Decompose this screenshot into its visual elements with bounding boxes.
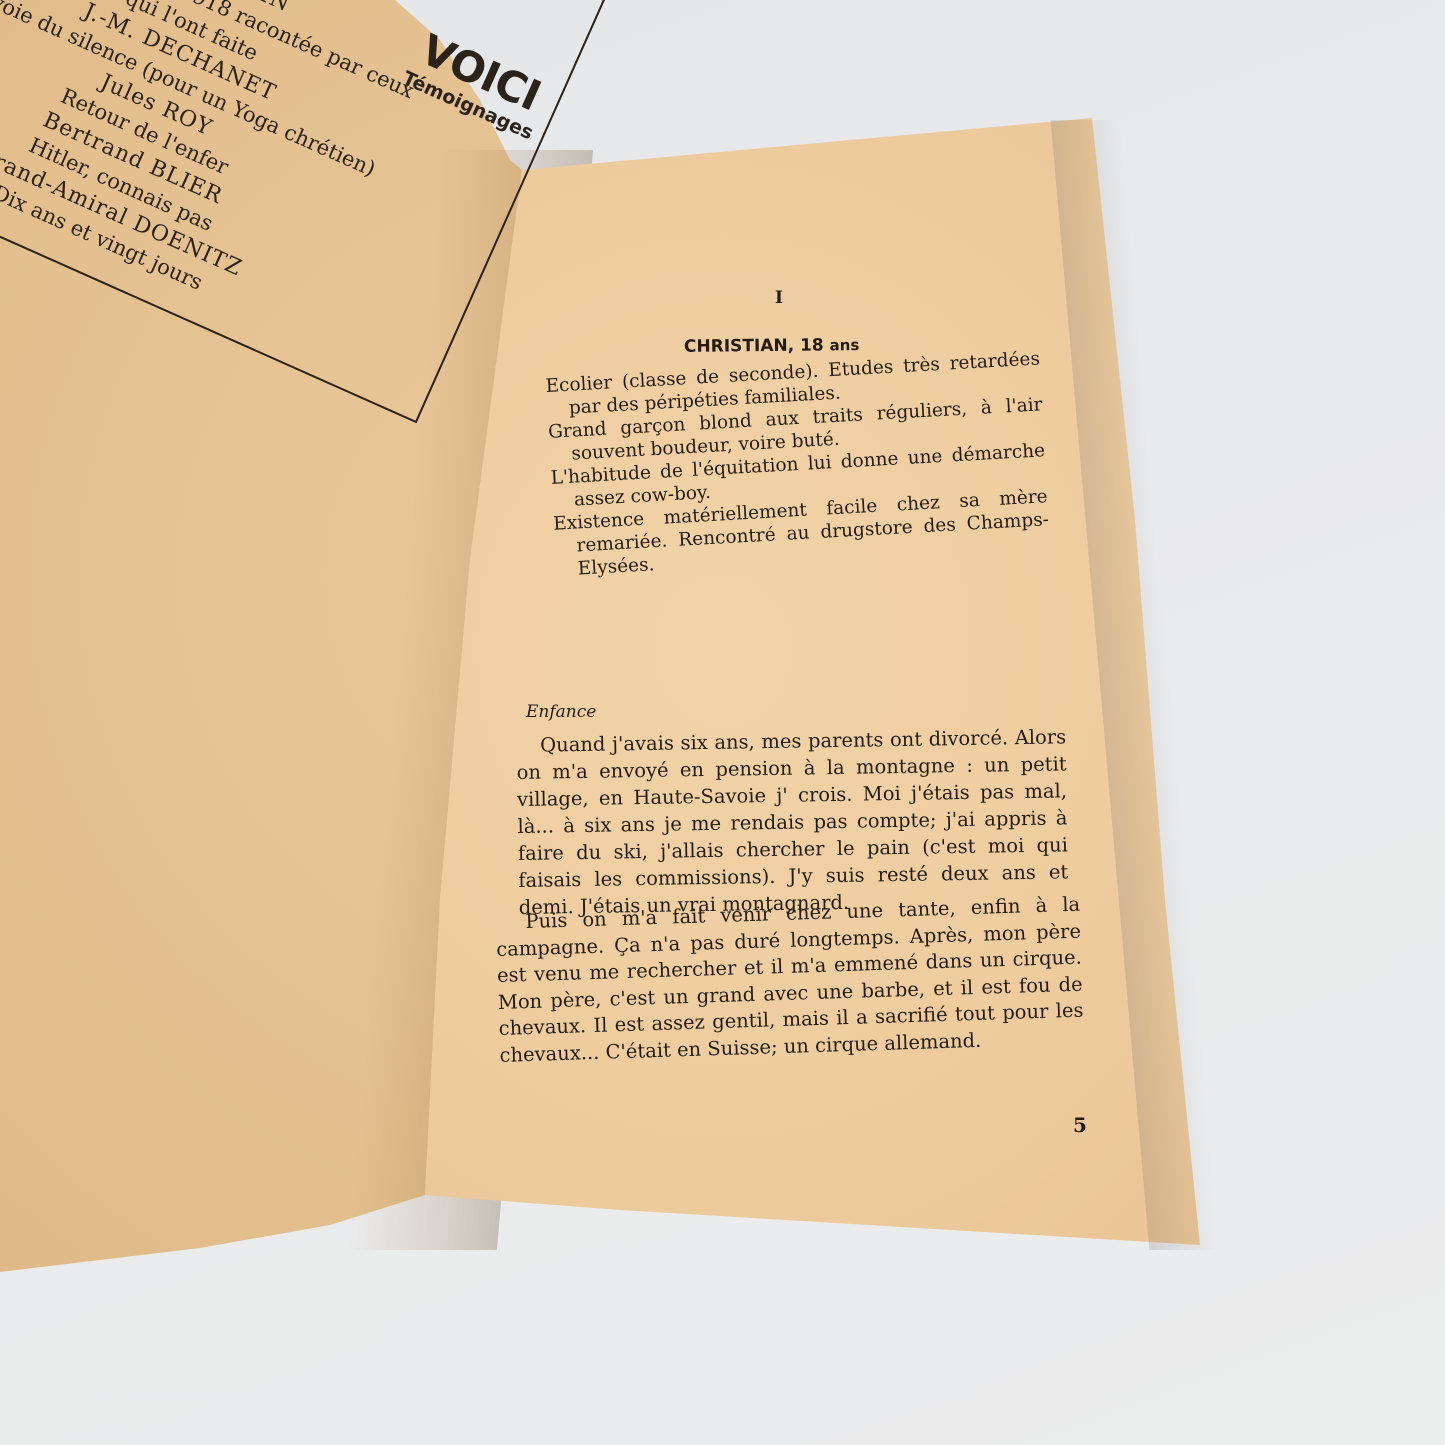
- body-paragraph-2: Puis on m'a fait venir chez une tante, e…: [495, 892, 1085, 1069]
- body-paragraph-1: Quand j'avais six ans, mes parents ont d…: [516, 723, 1069, 921]
- page-number: 5: [1073, 1113, 1087, 1137]
- chapter-number: I: [775, 288, 783, 308]
- book-photo: VOICI Témoignages Paul-Émile VICTOR La v…: [0, 0, 1445, 1445]
- character-profile: Ecolier (classe de seconde). Etudes très…: [545, 347, 1051, 581]
- chapter-title: CHRISTIAN, 18 ans: [684, 335, 860, 357]
- right-page-content: I CHRISTIAN, 18 ans Ecolier (classe de s…: [0, 0, 1445, 1445]
- section-heading: Enfance: [526, 702, 596, 722]
